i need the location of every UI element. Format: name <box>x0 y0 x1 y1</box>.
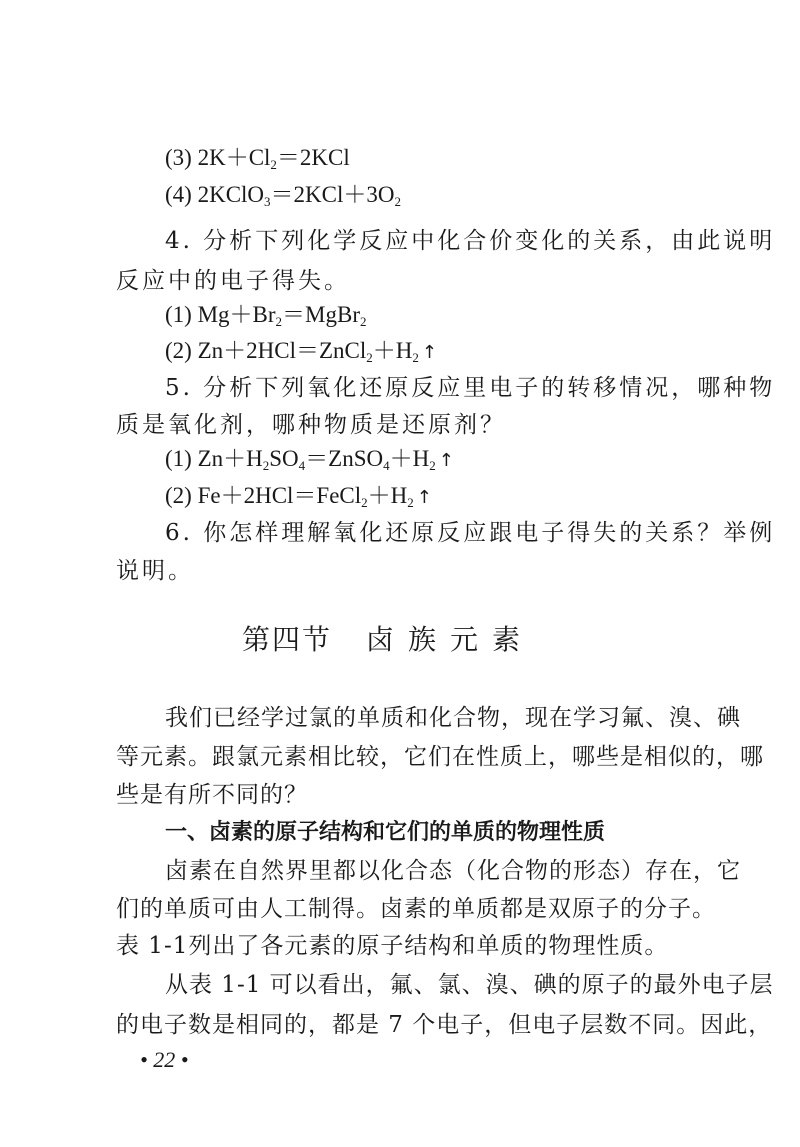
section-number: 第四节 <box>242 623 332 656</box>
section-name: 卤族元素 <box>366 623 534 656</box>
question-6-line-2: 说明。 <box>116 556 194 586</box>
equation: Fe＋2HCl＝FeCl2＋H2↑ <box>198 483 432 508</box>
equation: 2KClO3＝2KCl＋3O2 <box>198 182 401 207</box>
equation: Zn＋2HCl＝ZnCl2＋H2↑ <box>198 338 437 363</box>
para2-line-2: 的电子数是相同的，都是 7 个电子，但电子层数不同。因此， <box>116 1010 772 1040</box>
equation: Zn＋H2SO4＝ZnSO4＋H2↑ <box>198 446 454 471</box>
equation-4-2: (2) Zn＋2HCl＝ZnCl2＋H2↑ <box>165 336 437 368</box>
question-6-line-1: 6. 你怎样理解氧化还原反应跟电子得失的关系？举例 <box>165 518 775 548</box>
item-label: (2) <box>165 338 192 363</box>
subsection-heading: 一、卤素的原子结构和它们的单质的物理性质 <box>165 818 605 848</box>
question-4-line-2: 反应中的电子得失。 <box>116 266 350 296</box>
item-label: (3) <box>165 145 192 170</box>
equation: Mg＋Br2＝MgBr2 <box>198 302 367 327</box>
item-label: (4) <box>165 182 192 207</box>
question-4-line-1: 4. 分析下列化学反应中化合价变化的关系，由此说明 <box>165 226 775 256</box>
equation-3-4: (4) 2KClO3＝2KCl＋3O2 <box>165 180 401 210</box>
item-label: (1) <box>165 446 192 471</box>
item-label: (2) <box>165 483 192 508</box>
equation-5-1: (1) Zn＋H2SO4＝ZnSO4＋H2↑ <box>165 444 454 476</box>
item-label: (1) <box>165 302 192 327</box>
intro-line-1: 我们已经学过氯的单质和化合物，现在学习氟、溴、碘 <box>165 703 741 733</box>
intro-line-2: 等元素。跟氯元素相比较，它们在性质上，哪些是相似的，哪 <box>116 742 764 772</box>
para2-line-1: 从表 1-1 可以看出，氟、氯、溴、碘的原子的最外电子层 <box>165 970 774 1000</box>
page-number: • 22 • <box>140 1045 188 1075</box>
para1-line-3: 表 1-1列出了各元素的原子结构和单质的物理性质。 <box>116 931 668 961</box>
equation-3-3: (3) 2K＋Cl2＝2KCl <box>165 143 350 173</box>
intro-line-3: 些是有所不同的？ <box>116 780 308 810</box>
equation-4-1: (1) Mg＋Br2＝MgBr2 <box>165 300 366 330</box>
equation-5-2: (2) Fe＋2HCl＝FeCl2＋H2↑ <box>165 481 432 513</box>
para1-line-1: 卤素在自然界里都以化合态（化合物的形态）存在，它 <box>165 856 741 886</box>
equation: 2K＋Cl2＝2KCl <box>198 145 350 170</box>
para1-line-2: 们的单质可由人工制得。卤素的单质都是双原子的分子。 <box>116 894 716 924</box>
question-5-line-2: 质是氧化剂，哪种物质是还原剂？ <box>116 410 506 440</box>
section-title: 第四节卤族元素 <box>242 625 534 655</box>
question-5-line-1: 5. 分析下列氧化还原反应里电子的转移情况，哪种物 <box>165 373 775 403</box>
